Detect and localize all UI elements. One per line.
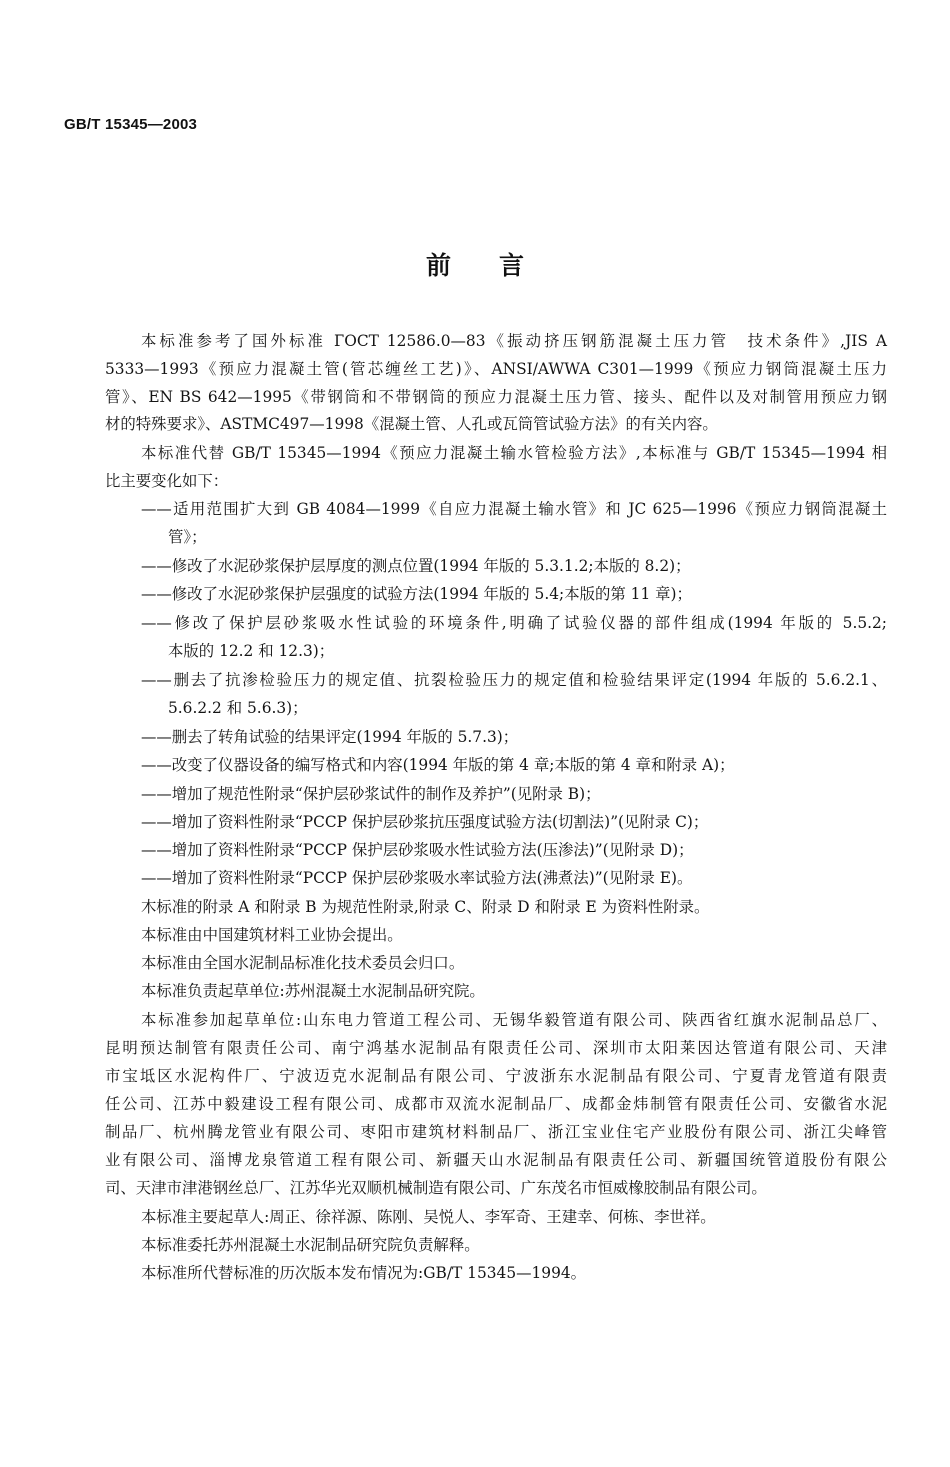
text-line: 司、天津市津港钢丝总厂、江苏华光双顺机械制造有限公司、广东茂名市恒威橡胶制品有限… [105,1178,887,1198]
text-line: ——修改了保护层砂浆吸水性试验的环境条件,明确了试验仪器的部件组成(1994 年… [141,613,887,633]
text-line: 本标准负责起草单位:苏州混凝土水泥制品研究院。 [141,981,923,1001]
page-title: 前言 [0,246,950,282]
standard-code: GB/T 15345—2003 [64,116,197,133]
text-line: ——删去了转角试验的结果评定(1994 年版的 5.7.3)； [141,727,923,747]
text-line: 本标准参考了国外标准 ГOCT 12586.0—83《振动挤压钢筋混凝土压力管 … [141,331,887,351]
text-line: 市宝坻区水泥构件厂、宁波迈克水泥制品有限公司、宁波浙东水泥制品有限公司、宁夏青龙… [105,1066,887,1086]
text-line: 任公司、江苏中毅建设工程有限公司、成都市双流水泥制品厂、成都金炜制管有限责任公司… [105,1094,887,1114]
text-line: ——增加了资料性附录“PCCP 保护层砂浆抗压强度试验方法(切割法)”(见附录 … [141,812,923,832]
text-line: ——增加了规范性附录“保护层砂浆试件的制作及养护”(见附录 B)； [141,784,923,804]
text-line: 管》； [168,527,950,547]
text-line: 本标准代替 GB/T 15345—1994《预应力混凝土输水管检验方法》,本标准… [141,443,887,463]
text-line: 本版的 12.2 和 12.3)； [168,641,950,661]
text-line: 本标准由中国建筑材料工业协会提出。 [141,925,923,945]
text-line: 本标准委托苏州混凝土水泥制品研究院负责解释。 [141,1235,923,1255]
text-line: 本标准所代替标准的历次版本发布情况为:GB/T 15345—1994。 [141,1263,923,1283]
text-line: 昆明预达制管有限责任公司、南宁鸿基水泥制品有限责任公司、深圳市太阳莱因达管道有限… [105,1038,887,1058]
text-line: 本标准由全国水泥制品标准化技术委员会归口。 [141,953,923,973]
text-line: 比主要变化如下： [105,471,887,491]
text-line: 5333—1993《预应力混凝土管(管芯缠丝工艺)》、ANSI/AWWA C30… [105,359,887,379]
text-line: 本标准参加起草单位:山东电力管道工程公司、无锡华毅管道有限公司、陕西省红旗水泥制… [141,1010,887,1030]
text-line: 5.6.2.2 和 5.6.3)； [168,698,950,718]
text-line: 木标准的附录 A 和附录 B 为规范性附录,附录 C、附录 D 和附录 E 为资… [141,897,923,917]
text-line: ——适用范围扩大到 GB 4084—1999《自应力混凝土输水管》和 JC 62… [141,499,887,519]
text-line: ——改变了仪器设备的编写格式和内容(1994 年版的第 4 章;本版的第 4 章… [141,755,923,775]
text-line: 材的特殊要求》、ASTMC497—1998《混凝土管、人孔或瓦筒管试验方法》的有… [105,414,887,434]
text-line: ——删去了抗渗检验压力的规定值、抗裂检验压力的规定值和检验结果评定(1994 年… [141,670,887,690]
text-line: ——增加了资料性附录“PCCP 保护层砂浆吸水性试验方法(压渗法)”(见附录 D… [141,840,923,860]
text-line: 本标准主要起草人:周正、徐祥源、陈刚、吴悦人、李军奇、王建幸、何栋、李世祥。 [141,1207,923,1227]
text-line: 管》、EN BS 642—1995《带钢筒和不带钢筒的预应力混凝土压力管、接头、… [105,387,887,407]
text-line: 业有限公司、淄博龙泉管道工程有限公司、新疆天山水泥制品有限责任公司、新疆国统管道… [105,1150,887,1170]
text-line: ——修改了水泥砂浆保护层厚度的测点位置(1994 年版的 5.3.1.2;本版的… [141,556,923,576]
text-line: ——增加了资料性附录“PCCP 保护层砂浆吸水率试验方法(沸煮法)”(见附录 E… [141,868,923,888]
title-char-2: 言 [499,246,524,282]
text-line: 制品厂、杭州腾龙管业有限公司、枣阳市建筑材料制品厂、浙江宝业住宅产业股份有限公司… [105,1122,887,1142]
text-line: ——修改了水泥砂浆保护层强度的试验方法(1994 年版的 5.4;本版的第 11… [141,584,923,604]
title-char-1: 前 [426,246,451,282]
